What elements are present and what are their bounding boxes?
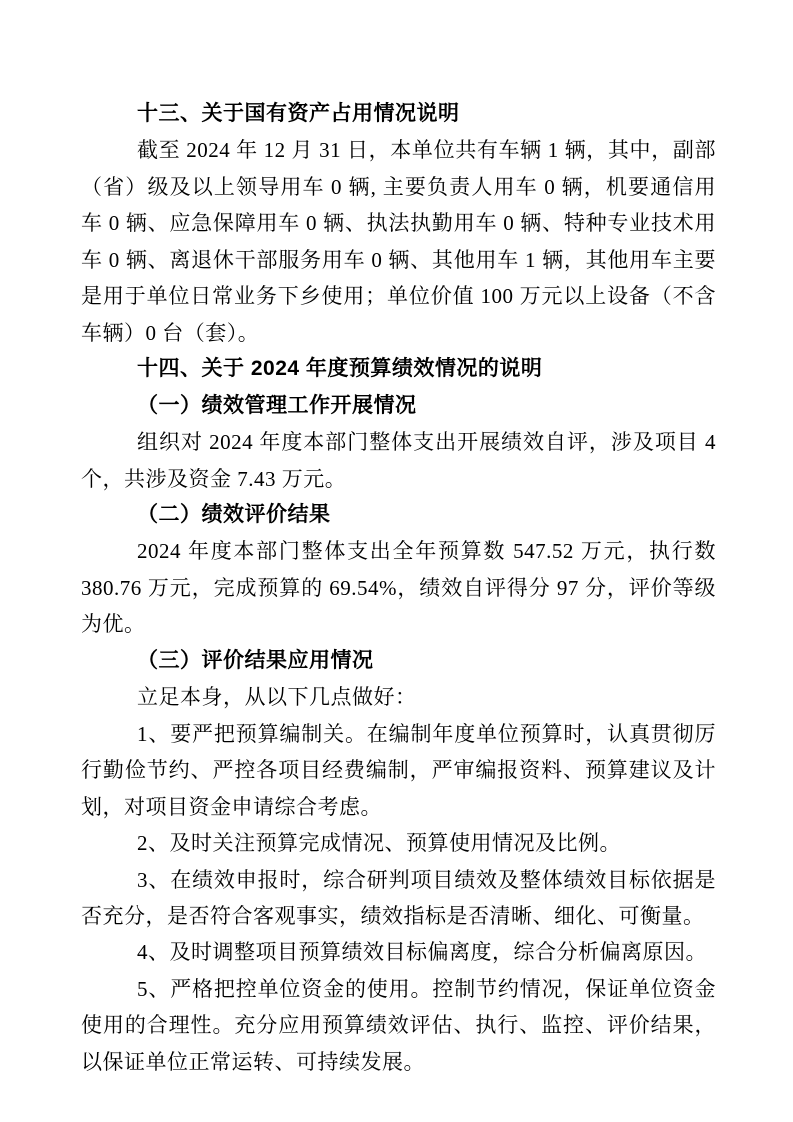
application-point-2: 2、及时关注预算完成情况、预算使用情况及比例。 bbox=[81, 825, 716, 861]
section-14-heading: 十四、关于 2024 年度预算绩效情况的说明 bbox=[81, 351, 716, 387]
document-page: 十三、关于国有资产占用情况说明 截至 2024 年 12 月 31 日，本单位共… bbox=[0, 0, 793, 1122]
state-assets-paragraph: 截至 2024 年 12 月 31 日，本单位共有车辆 1 辆，其中，副部（省）… bbox=[81, 132, 716, 351]
evaluation-result-paragraph: 2024 年度本部门整体支出全年预算数 547.52 万元，执行数 380.76… bbox=[81, 533, 716, 642]
application-point-1: 1、要严把预算编制关。在编制年度单位预算时，认真贯彻厉行勤俭节约、严控各项目经费… bbox=[81, 716, 716, 825]
application-intro-paragraph: 立足本身，从以下几点做好： bbox=[81, 679, 716, 715]
subsection-1-heading: （一）绩效管理工作开展情况 bbox=[81, 388, 716, 424]
application-point-4: 4、及时调整项目预算绩效目标偏离度，综合分析偏离原因。 bbox=[81, 934, 716, 970]
performance-selfeval-paragraph: 组织对 2024 年度本部门整体支出开展绩效自评，涉及项目 4 个，共涉及资金 … bbox=[81, 424, 716, 497]
application-point-3: 3、在绩效申报时，综合研判项目绩效及整体绩效目标依据是否充分，是否符合客观事实，… bbox=[81, 862, 716, 935]
section-13-heading: 十三、关于国有资产占用情况说明 bbox=[81, 96, 716, 132]
application-point-5: 5、严格把控单位资金的使用。控制节约情况，保证单位资金使用的合理性。充分应用预算… bbox=[81, 971, 716, 1080]
subsection-3-heading: （三）评价结果应用情况 bbox=[81, 643, 716, 679]
subsection-2-heading: （二）绩效评价结果 bbox=[81, 497, 716, 533]
